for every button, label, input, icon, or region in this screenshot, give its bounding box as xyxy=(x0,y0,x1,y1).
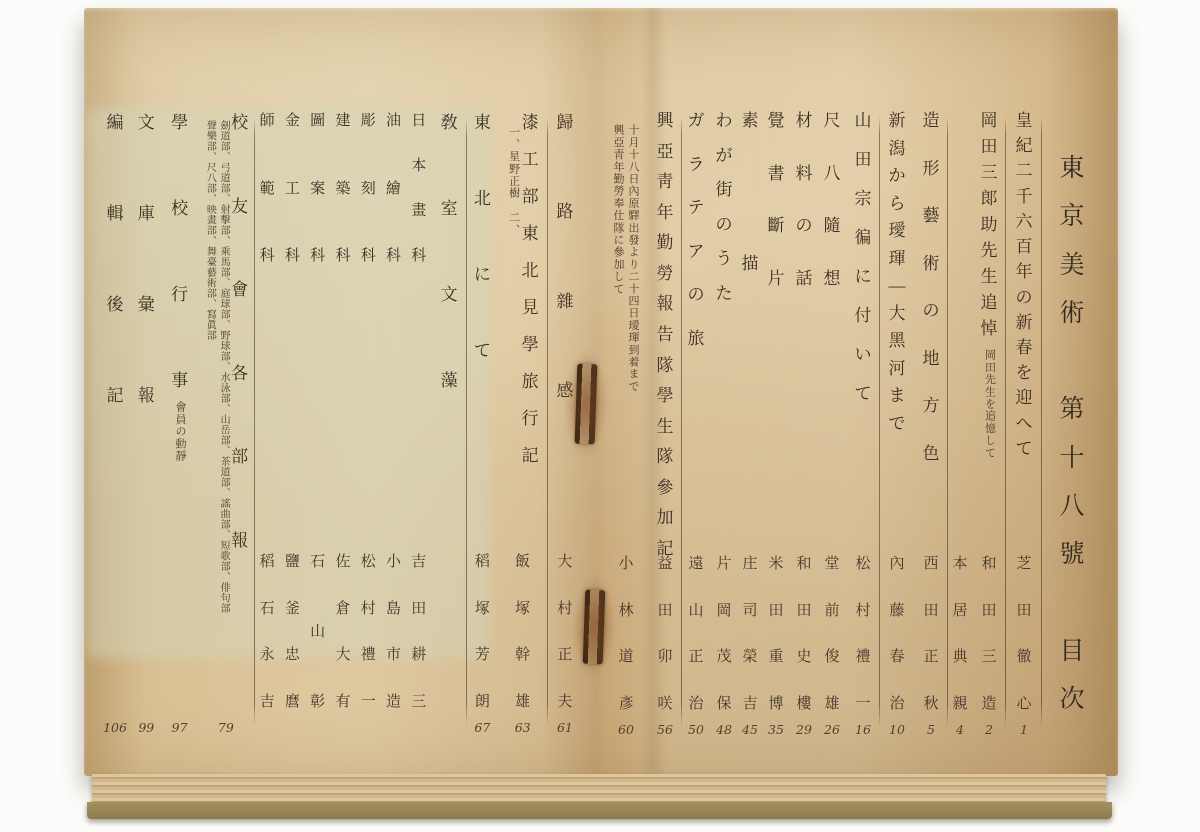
toc-entry: 學校行事會員の動靜97 xyxy=(163,114,197,736)
entry-page-number: 56 xyxy=(657,722,673,738)
entry-page-number: 106 xyxy=(103,720,127,736)
toc-entry: 師範科稻石永吉 xyxy=(255,114,279,736)
entry-author: 稻石永吉 xyxy=(260,555,275,710)
toc-entry: 漆工部東北見學旅行記一、星野正樹 二、飯塚幹雄63 xyxy=(499,114,547,736)
entry-author: 松村禮一 xyxy=(361,555,376,710)
entry-author: 鹽釜忠麿 xyxy=(285,555,300,710)
entry-page-number: 45 xyxy=(742,722,758,738)
entry-subtitle: 劍道部、弓道部、射擊部、乘馬部、庭球部、野球部、水泳部、山岳部、茶道部、謠曲部、… xyxy=(217,120,229,614)
toc-entry: 建築科佐倉大有 xyxy=(331,114,355,736)
entry-title: 油繪科 xyxy=(386,114,401,264)
toc-entry: 素描庄司榮吉45 xyxy=(738,112,762,738)
toc-entry: 岡田三郞助先生追悼岡田先生を追憶して和田三造2 xyxy=(972,112,1006,738)
toc-entry: 覺書斷片米田重博35 xyxy=(762,112,790,738)
entry-title: 皇紀二千六百年の新春を迎へて xyxy=(1016,112,1033,457)
entry-author: 石山彰 xyxy=(310,555,325,710)
toc-entry: 造形藝術の地方色西田正秋5 xyxy=(914,112,948,738)
entry-page-number: 16 xyxy=(855,722,871,738)
entry-page-number: 5 xyxy=(927,722,935,738)
entry-author: 飯塚幹雄 xyxy=(515,555,530,710)
entry-title: 師範科 xyxy=(260,114,275,264)
toc-entry: 彫刻科松村禮一 xyxy=(356,114,380,736)
entry-title: 編輯後記 xyxy=(107,114,124,404)
entry-title: 校友會各部報 xyxy=(231,114,248,549)
entry-author: 堂前俊雄 xyxy=(824,557,839,712)
entry-page-number: 2 xyxy=(985,722,993,738)
entry-subtitle: 一、星野正樹 二、 xyxy=(507,126,520,236)
toc-entry: 金工科鹽釜忠麿 xyxy=(280,114,304,736)
toc-entry: 尺八隨想堂前俊雄26 xyxy=(818,112,846,738)
entry-author: 松村禮一 xyxy=(855,557,870,712)
entry-author: 遠山正治 xyxy=(688,557,703,712)
entry-title: ガラテアの旅 xyxy=(688,112,705,347)
entry-title: 興亞靑年勤勞報告隊學生隊參加記 xyxy=(657,112,674,557)
entry-title: 金工科 xyxy=(285,114,300,264)
entry-author: 小島市造 xyxy=(386,555,401,710)
entry-author: 片岡茂保 xyxy=(716,557,731,712)
toc-entry: ガラテアの旅遠山正治50 xyxy=(682,112,710,738)
entry-subtitle: 岡田先生を追憶して xyxy=(983,349,996,459)
entry-author: 稻塚芳朗 xyxy=(475,555,490,710)
entry-title: 東北にて xyxy=(474,114,491,359)
entry-author: 西田正秋 xyxy=(923,557,938,712)
entry-author: 和田三造 xyxy=(981,557,996,712)
entry-author: 益田卯咲 xyxy=(657,557,672,712)
entry-author: 本居典親 xyxy=(952,557,967,712)
toc-entry: 皇紀二千六百年の新春を迎へて芝田徹心1 xyxy=(1006,112,1042,738)
toc-left-page: 歸路雜感大村正夫61漆工部東北見學旅行記一、星野正樹 二、飯塚幹雄63東北にて稻… xyxy=(100,114,582,736)
entry-title: 圖案科 xyxy=(310,114,325,264)
entry-title: 歸路雜感 xyxy=(556,114,573,399)
book-spread: 歸路雜感大村正夫61漆工部東北見學旅行記一、星野正樹 二、飯塚幹雄63東北にて稻… xyxy=(84,8,1118,820)
toc-entry: 新潟から璦琿—大黑河まで內藤春治10 xyxy=(880,112,914,738)
entry-title: 材料の話 xyxy=(796,112,813,287)
entry-title: 造形藝術の地方色 xyxy=(923,112,940,462)
toc-entry: 東北にて稻塚芳朗67 xyxy=(467,114,497,736)
journal-title: 東京美術 第十八號 目次 xyxy=(1042,112,1102,738)
toc-entry: わが街のうた片岡茂保48 xyxy=(710,112,738,738)
entry-author: 內藤春治 xyxy=(889,557,904,712)
entry-title: 文庫彙報 xyxy=(138,114,155,404)
entry-title: 學校行事 xyxy=(171,114,188,389)
entry-title: 素描 xyxy=(742,112,759,272)
entry-subtitle: 十月十八日內原驛出發より二十四日璦琿到着まで xyxy=(626,124,639,392)
toc-entry: 文庫彙報99 xyxy=(131,114,161,736)
entry-page-number: 10 xyxy=(889,722,905,738)
entry-page-number: 67 xyxy=(474,720,490,736)
toc-right-page: 東京美術 第十八號 目次皇紀二千六百年の新春を迎へて芝田徹心1岡田三郞助先生追悼… xyxy=(604,112,1102,738)
entry-subtitle: 聲樂部、尺八部、映畫部、舞臺藝術部、寫眞部 xyxy=(204,120,216,341)
toc-entry: 校友會各部報劍道部、弓道部、射擊部、乘馬部、庭球部、野球部、水泳部、山岳部、茶道… xyxy=(198,114,254,736)
toc-entry: 編輯後記106 xyxy=(100,114,130,736)
entry-title: 敎室文藻 xyxy=(441,114,458,389)
entry-title: わが街のうた xyxy=(716,112,733,302)
entry-author: 芝田徹心 xyxy=(1016,557,1031,712)
entry-title: 尺八隨想 xyxy=(824,112,841,287)
entry-author: 米田重博 xyxy=(768,557,783,712)
staple-top xyxy=(575,364,598,445)
entry-page-number: 99 xyxy=(138,720,154,736)
entry-title: 建築科 xyxy=(335,114,350,264)
entry-page-number: 63 xyxy=(515,720,531,736)
entry-title: 日本畫科 xyxy=(411,114,426,264)
page-edges xyxy=(92,774,1106,804)
open-pages: 歸路雜感大村正夫61漆工部東北見學旅行記一、星野正樹 二、飯塚幹雄63東北にて稻… xyxy=(84,8,1118,776)
toc-entry: 本居典親4 xyxy=(948,112,972,738)
entry-page-number: 61 xyxy=(557,720,573,736)
entry-author: 和田史樓 xyxy=(796,557,811,712)
entry-title: 覺書斷片 xyxy=(768,112,785,287)
entry-page-number: 79 xyxy=(218,720,234,736)
toc-entry: 日本畫科吉田耕三 xyxy=(407,114,431,736)
entry-title: 新潟から璦琿—大黑河まで xyxy=(889,112,906,432)
entry-author: 大村正夫 xyxy=(557,555,572,710)
entry-subtitle: 會員の動靜 xyxy=(173,401,186,462)
entry-author: 庄司榮吉 xyxy=(742,557,757,712)
toc-entry: 興亞靑年勤勞報告隊學生隊參加記益田卯咲56 xyxy=(648,112,682,738)
entry-title: 漆工部東北見學旅行記 xyxy=(522,114,539,464)
journal-title: 東京美術 第十八號 目次 xyxy=(1059,156,1084,712)
entry-author: 吉田耕三 xyxy=(411,555,426,710)
toc-entry: 圖案科石山彰 xyxy=(306,114,330,736)
entry-author: 小林道彥 xyxy=(618,557,633,712)
entry-title: 彫刻科 xyxy=(361,114,376,264)
entry-page-number: 1 xyxy=(1020,722,1028,738)
entry-page-number: 29 xyxy=(796,722,812,738)
entry-author: 佐倉大有 xyxy=(335,555,350,710)
staple-bottom xyxy=(583,590,606,665)
entry-page-number: 60 xyxy=(618,722,634,738)
toc-entry: 油繪科小島市造 xyxy=(382,114,406,736)
entry-page-number: 26 xyxy=(824,722,840,738)
back-cover-edge xyxy=(87,802,1112,819)
entry-title: 山田宗徧に付いて xyxy=(855,112,872,402)
toc-entry: 材料の話和田史樓29 xyxy=(790,112,818,738)
entry-subtitle: 興亞靑年勤勞奉仕隊に參加して xyxy=(611,124,624,295)
entry-page-number: 50 xyxy=(688,722,704,738)
entry-page-number: 48 xyxy=(716,722,732,738)
entry-page-number: 97 xyxy=(172,720,188,736)
entry-page-number: 35 xyxy=(768,722,784,738)
entry-page-number: 4 xyxy=(956,722,964,738)
entry-title: 岡田三郞助先生追悼 xyxy=(981,112,998,337)
toc-entry: 山田宗徧に付いて松村禮一16 xyxy=(846,112,880,738)
toc-entry: 敎室文藻 xyxy=(432,114,466,736)
